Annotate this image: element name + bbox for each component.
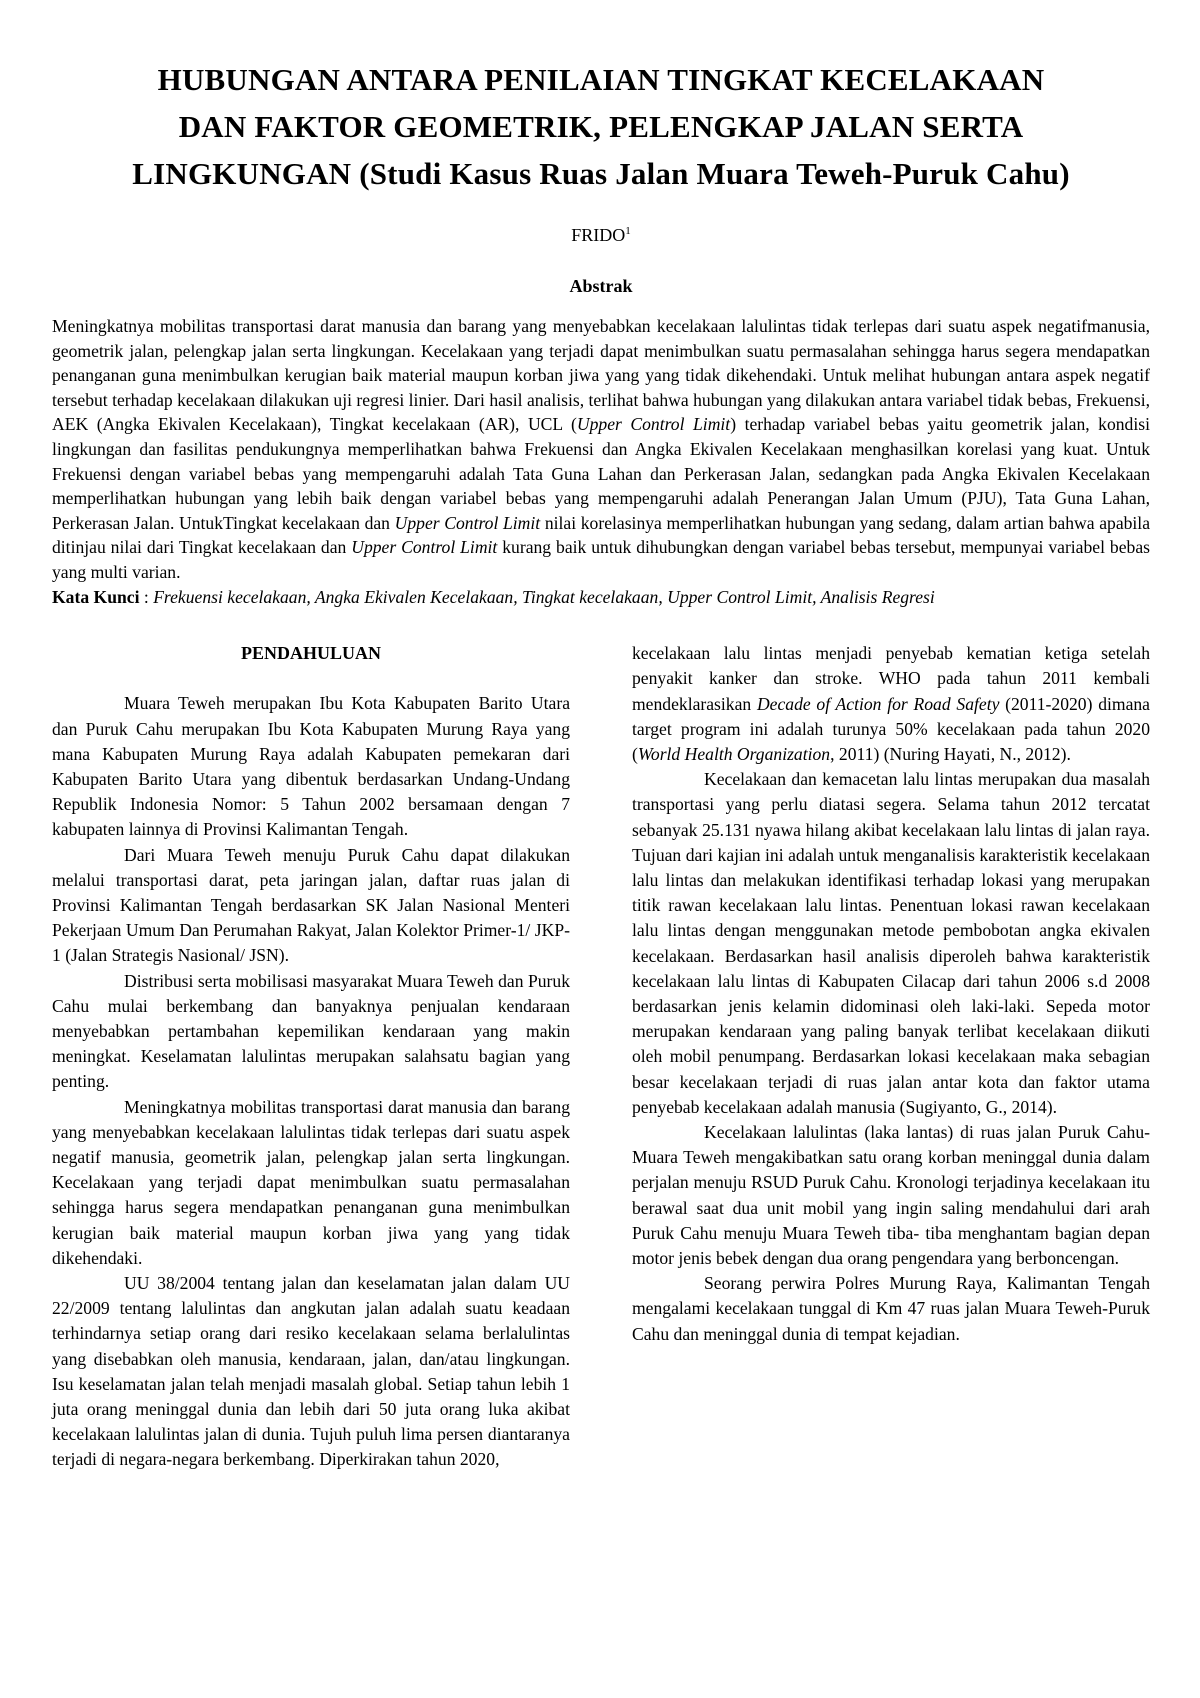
- author-name: FRIDO: [571, 225, 625, 245]
- keywords-separator: :: [140, 587, 154, 607]
- paragraph: Meningkatnya mobilitas transportasi dara…: [52, 1095, 570, 1271]
- paper-title-line: LINGKUNGAN (Studi Kasus Ruas Jalan Muara…: [52, 150, 1150, 197]
- paragraph: Kecelakaan lalulintas (laka lantas) di r…: [632, 1120, 1150, 1271]
- text-run: Dari Muara Teweh menuju Puruk Cahu dapat…: [52, 845, 570, 966]
- paragraph: kecelakaan lalu lintas menjadi penyebab …: [632, 641, 1150, 767]
- paragraph: Seorang perwira Polres Murung Raya, Kali…: [632, 1271, 1150, 1347]
- text-run: UU 38/2004 tentang jalan dan keselamatan…: [52, 1273, 570, 1469]
- left-column: PENDAHULUAN Muara Teweh merupakan Ibu Ko…: [52, 641, 570, 1473]
- section-heading-pendahuluan: PENDAHULUAN: [52, 641, 570, 666]
- keywords-label: Kata Kunci: [52, 587, 140, 607]
- author-line: FRIDO1: [52, 225, 1150, 246]
- text-run: Kecelakaan dan kemacetan lalu lintas mer…: [632, 769, 1150, 1117]
- italic-text-run: Decade of Action for Road Safety: [757, 694, 999, 714]
- keywords-line: Kata Kunci : Frekuensi kecelakaan, Angka…: [52, 585, 1150, 610]
- italic-text-run: World Health Organization: [638, 744, 830, 764]
- italic-text-run: Upper Control Limit: [395, 513, 541, 533]
- text-run: Distribusi serta mobilisasi masyarakat M…: [52, 971, 570, 1092]
- paragraph: Kecelakaan dan kemacetan lalu lintas mer…: [632, 767, 1150, 1120]
- paragraph: Distribusi serta mobilisasi masyarakat M…: [52, 969, 570, 1095]
- paper-title-line: HUBUNGAN ANTARA PENILAIAN TINGKAT KECELA…: [52, 56, 1150, 103]
- keywords-text: Frekuensi kecelakaan, Angka Ekivalen Kec…: [153, 587, 935, 607]
- paper-title-line: DAN FAKTOR GEOMETRIK, PELENGKAP JALAN SE…: [52, 103, 1150, 150]
- paragraph: Muara Teweh merupakan Ibu Kota Kabupaten…: [52, 691, 570, 842]
- abstract-text: Meningkatnya mobilitas transportasi dara…: [52, 314, 1150, 585]
- left-column-paragraphs: Muara Teweh merupakan Ibu Kota Kabupaten…: [52, 691, 570, 1472]
- text-run: , 2011) (Nuring Hayati, N., 2012).: [830, 744, 1071, 764]
- italic-text-run: Upper Control Limit: [351, 537, 497, 557]
- abstract-heading: Abstrak: [52, 276, 1150, 297]
- text-run: Seorang perwira Polres Murung Raya, Kali…: [632, 1273, 1150, 1343]
- italic-text-run: Upper Control Limit: [577, 414, 730, 434]
- right-column-paragraphs: kecelakaan lalu lintas menjadi penyebab …: [632, 641, 1150, 1347]
- two-column-body: PENDAHULUAN Muara Teweh merupakan Ibu Ko…: [52, 641, 1150, 1473]
- text-run: Muara Teweh merupakan Ibu Kota Kabupaten…: [52, 693, 570, 839]
- text-run: Meningkatnya mobilitas transportasi dara…: [52, 1097, 570, 1268]
- author-footnote-marker: 1: [625, 225, 631, 237]
- paper-title: HUBUNGAN ANTARA PENILAIAN TINGKAT KECELA…: [52, 56, 1150, 197]
- text-run: Kecelakaan lalulintas (laka lantas) di r…: [632, 1122, 1150, 1268]
- document-page: HUBUNGAN ANTARA PENILAIAN TINGKAT KECELA…: [0, 0, 1200, 1698]
- paragraph: Dari Muara Teweh menuju Puruk Cahu dapat…: [52, 843, 570, 969]
- paragraph: UU 38/2004 tentang jalan dan keselamatan…: [52, 1271, 570, 1473]
- right-column: kecelakaan lalu lintas menjadi penyebab …: [632, 641, 1150, 1473]
